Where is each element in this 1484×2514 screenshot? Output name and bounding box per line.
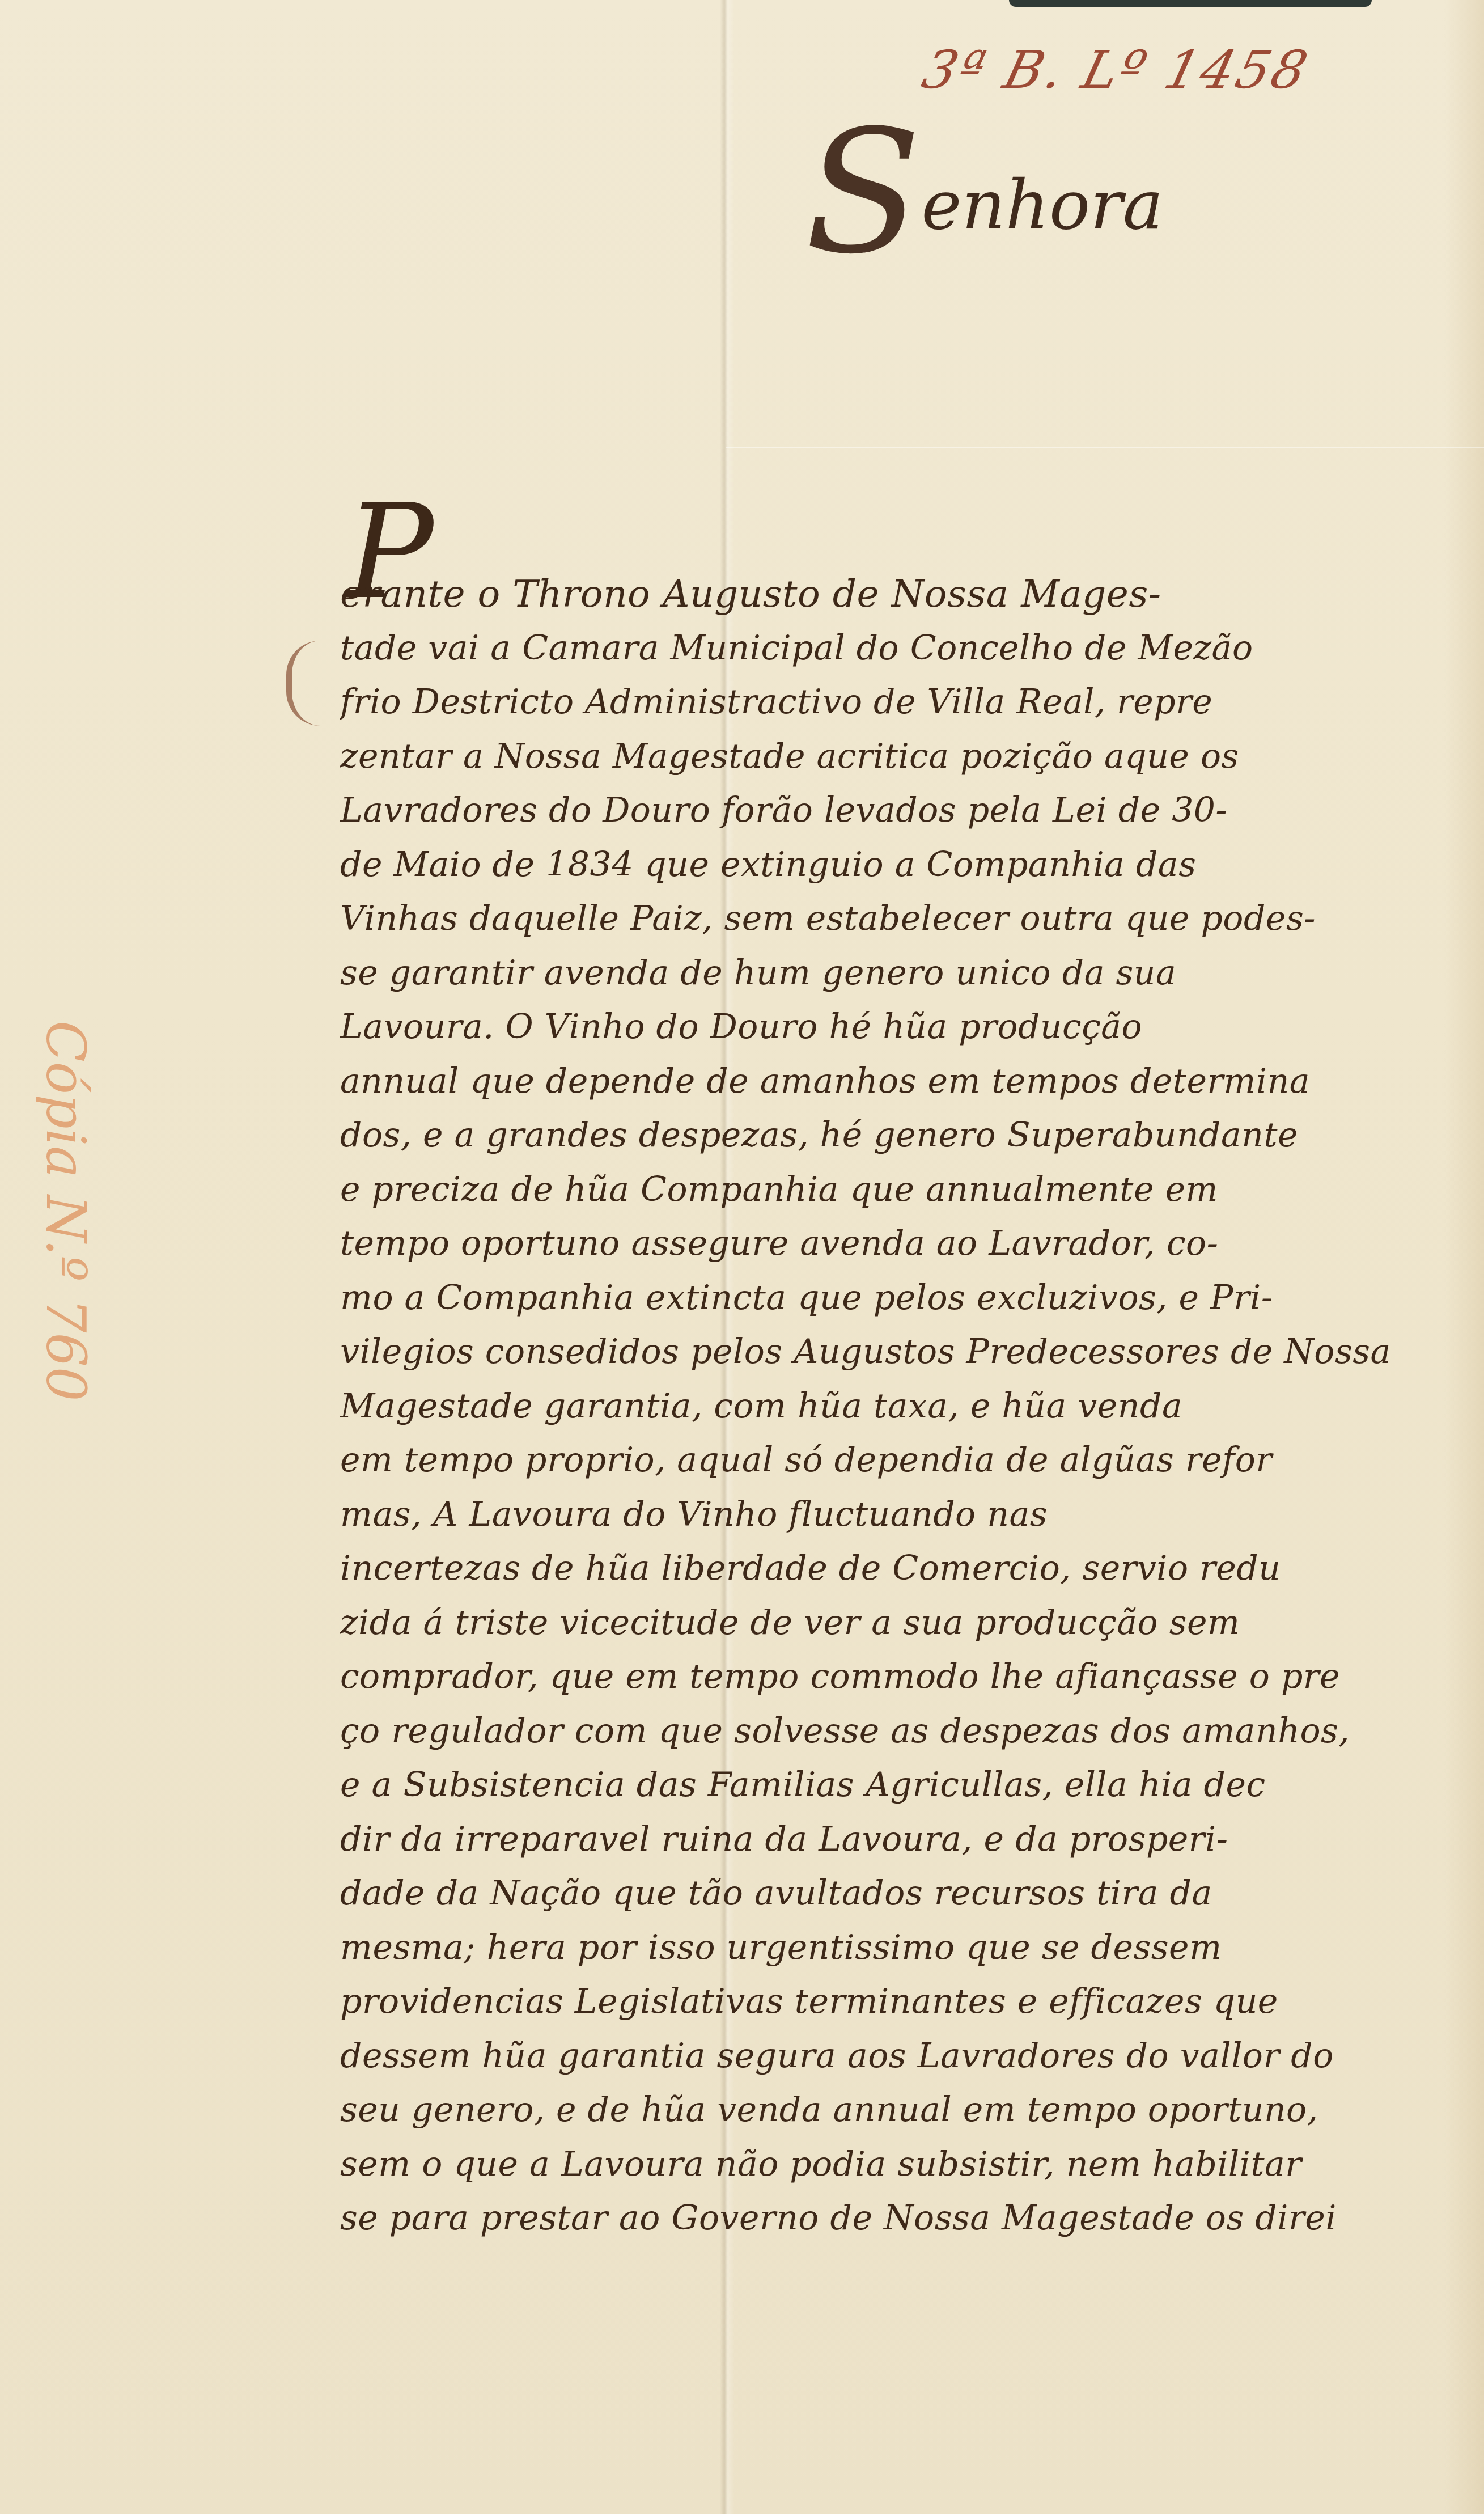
text-line: dos, e a grandes despezas, hé genero Sup…	[340, 1108, 1468, 1163]
text-line: mo a Companhia extincta que pelos excluz…	[340, 1271, 1468, 1326]
text-line: providencias Legislativas terminantes e …	[340, 1975, 1468, 2029]
text-line: dade da Nação que tão avultados recursos…	[340, 1867, 1468, 1921]
text-line: incertezas de hũa liberdade de Comercio,…	[340, 1542, 1468, 1596]
text-line: annual que depende de amanhos em tempos …	[340, 1055, 1468, 1109]
letter-body: erante o Throno Augusto de Nossa Mages- …	[340, 567, 1468, 2246]
salutation-text: enhora	[922, 166, 1164, 245]
text-line: frio Destricto Administractivo de Villa …	[340, 675, 1468, 730]
scan-edge-strip	[1009, 0, 1372, 7]
text-line: Vinhas daquelle Paiz, sem estabelecer ou…	[340, 892, 1468, 946]
salutation: Senhora	[805, 108, 1163, 278]
text-line: zentar a Nossa Magestade acritica poziçã…	[340, 730, 1468, 784]
text-line: e preciza de hũa Companhia que annualmen…	[340, 1163, 1468, 1217]
text-line: tade vai a Camara Municipal do Concelho …	[340, 621, 1468, 676]
text-line: mas, A Lavoura do Vinho fluctuando nas	[340, 1488, 1468, 1542]
text-line: zida á triste vicecitude de ver a sua pr…	[340, 1596, 1468, 1650]
text-line: se garantir avenda de hum genero unico d…	[340, 946, 1468, 1001]
text-line: sem o que a Lavoura não podia subsistir,…	[340, 2138, 1468, 2192]
text-line: tempo oportuno assegure avenda ao Lavrad…	[340, 1217, 1468, 1271]
text-line: erante o Throno Augusto de Nossa Mages-	[340, 567, 1468, 621]
text-line: dessem hũa garantia segura aos Lavradore…	[340, 2029, 1468, 2084]
margin-note-copy-number: Cópia N.º 760	[34, 1021, 96, 1401]
text-line: em tempo proprio, aqual só dependia de a…	[340, 1433, 1468, 1488]
text-line: e a Subsistencia das Familias Agricullas…	[340, 1758, 1468, 1813]
text-line: Lavradores do Douro forão levados pela L…	[340, 784, 1468, 838]
text-line: ço regulador com que solvesse as despeza…	[340, 1704, 1468, 1759]
text-line: mesma; hera por isso urgentissimo que se…	[340, 1921, 1468, 1975]
text-line: vilegios consedidos pelos Augustos Prede…	[340, 1325, 1468, 1379]
text-line: de Maio de 1834 que extinguio a Companhi…	[340, 838, 1468, 892]
text-line: se para prestar ao Governo de Nossa Mage…	[340, 2191, 1468, 2246]
text-line: seu genero, e de hũa venda annual em tem…	[340, 2083, 1468, 2138]
archive-reference: 3ª B. Lº 1458	[917, 40, 1316, 100]
paper-fold-line	[726, 447, 1484, 448]
salutation-initial: S	[805, 94, 922, 291]
margin-bracket-mark	[286, 641, 326, 726]
manuscript-page: 3ª B. Lº 1458 Senhora Cópia N.º 760 P er…	[0, 0, 1484, 2514]
text-line: Magestade garantia, com hũa taxa, e hũa …	[340, 1379, 1468, 1434]
text-line: dir da irreparavel ruina da Lavoura, e d…	[340, 1813, 1468, 1867]
text-line: Lavoura. O Vinho do Douro hé hũa producç…	[340, 1000, 1468, 1055]
text-line: comprador, que em tempo commodo lhe afia…	[340, 1650, 1468, 1704]
